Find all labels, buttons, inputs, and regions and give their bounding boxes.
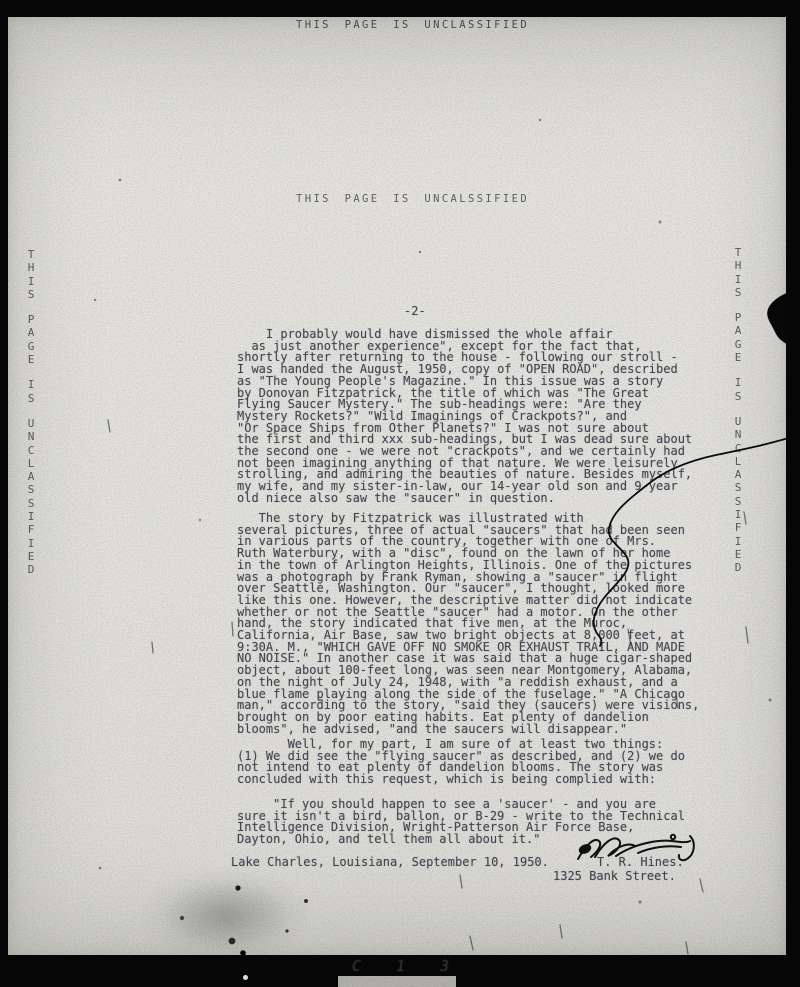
address-line: 1325 Bank Street. bbox=[553, 871, 676, 883]
vertical-stamp-word: I S bbox=[730, 376, 746, 403]
footer-handwritten-mark: C 1 3 bbox=[352, 957, 462, 975]
footer-white-dot bbox=[243, 975, 248, 980]
vertical-stamp-word: U N C L A S S I F I E D bbox=[23, 417, 39, 577]
scanner-border-right bbox=[786, 0, 800, 987]
paragraph-3: Well, for my part, I am sure of at least… bbox=[237, 739, 685, 786]
scanned-document-page: THIS PAGE IS UNCLASSIFIED THIS PAGE IS U… bbox=[0, 0, 800, 987]
unclassified-stamp-left-vertical: T H I S P A G E I S U N C L A S S I F I … bbox=[23, 248, 39, 589]
quoted-request-paragraph: "If you should happen to see a 'saucer' … bbox=[237, 799, 685, 846]
scanner-border-top bbox=[0, 0, 800, 17]
vertical-stamp-word: T H I S bbox=[730, 246, 746, 299]
scanner-border-left bbox=[0, 0, 8, 987]
dateline: Lake Charles, Louisiana, September 10, 1… bbox=[231, 857, 549, 869]
paragraph-2: The story by Fitzpatrick was illustrated… bbox=[237, 513, 699, 735]
unclassified-stamp-top: THIS PAGE IS UNCLASSIFIED bbox=[296, 19, 529, 31]
ink-smudge-blob bbox=[140, 868, 312, 964]
unclassified-stamp-right-vertical: T H I S P A G E I S U N C L A S S I F I … bbox=[730, 246, 746, 587]
vertical-stamp-word: P A G E bbox=[730, 311, 746, 364]
typed-signature-name: T. R. Hines. bbox=[597, 857, 684, 869]
footer-gray-rectangle bbox=[338, 976, 456, 987]
page-number: -2- bbox=[404, 306, 426, 318]
vertical-stamp-word: P A G E bbox=[23, 313, 39, 366]
vertical-stamp-word: I S bbox=[23, 378, 39, 405]
paragraph-1: I probably would have dismissed the whol… bbox=[237, 329, 692, 505]
unclassified-stamp-middle: THIS PAGE IS UNCALSSIFIED bbox=[296, 193, 529, 205]
vertical-stamp-word: U N C L A S S I F I E D bbox=[730, 415, 746, 575]
vertical-stamp-word: T H I S bbox=[23, 248, 39, 301]
